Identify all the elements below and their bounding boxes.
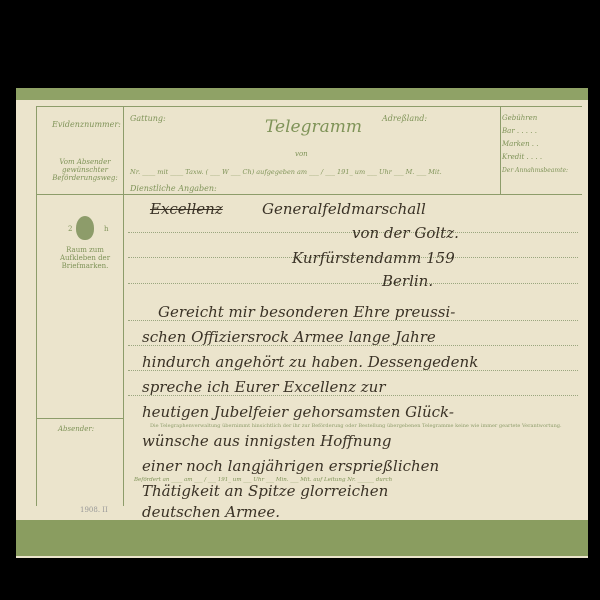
annahmsbeamte: Der Annahmsbeamte: <box>502 164 582 177</box>
hw-line: spreche ich Eurer Excellenz zur <box>142 378 386 396</box>
eagle-icon <box>76 216 94 240</box>
hw-line: wünsche aus innigsten Hoffnung <box>142 432 392 450</box>
stamp-value-right: h <box>104 225 109 233</box>
hw-line: deutschen Armee. <box>142 503 280 521</box>
hw-line: Gereicht mir besonderen Ehre preussi- <box>158 303 455 321</box>
hw-line: heutigen Jubelfeier gehorsamsten Glück- <box>142 403 454 421</box>
form-title: Telegramm <box>265 117 362 137</box>
hw-line: von der Goltz. <box>352 224 459 242</box>
hw-line: schen Offiziersrock Armee lange Jahre <box>142 328 436 346</box>
hw-line: Generalfeldmarschall <box>262 200 426 218</box>
fee-marken: Marken . . <box>502 138 582 151</box>
fee-table: Gebühren Bar . . . . . Marken . . Kredit… <box>502 112 582 177</box>
fee-divider <box>500 106 501 194</box>
bottom-green-band <box>16 520 588 556</box>
stamp-note: Raum zum Aufkleben der Briefmarken. <box>50 246 120 270</box>
hw-line: einer noch langjährigen ersprießlichen <box>142 457 439 475</box>
dienstliche-label: Dienstliche Angaben: <box>130 184 217 193</box>
left-col-divider <box>123 106 124 506</box>
hw-line: Kurfürstendamm 159 <box>292 249 455 267</box>
hw-line: hindurch angehört zu haben. Dessengedenk <box>142 353 478 371</box>
gattung-label: Gattung: <box>130 114 166 123</box>
von-label: von <box>295 150 308 158</box>
frame-left <box>36 106 37 506</box>
header-bottom-line <box>36 194 582 195</box>
hw-line: Thätigkeit an Spitze glorreichen <box>142 482 388 500</box>
stamp-value-left: 2 <box>68 225 72 233</box>
fee-kredit: Kredit . . . . <box>502 151 582 164</box>
hw-line: Berlin. <box>382 272 433 290</box>
fee-bar: Bar . . . . . <box>502 125 582 138</box>
hw-line: Excellenz <box>150 200 223 218</box>
rule <box>128 283 578 284</box>
top-green-band <box>16 88 588 100</box>
form-number: 1908. II <box>80 506 108 514</box>
absender-line <box>36 418 124 419</box>
disclaimer: Die Telegraphenverwaltung übernimmt hins… <box>150 423 580 429</box>
adressland-label: Adreßland: <box>382 114 427 123</box>
submission-row: Nr. ____ mit ____ Taxw. ( ___ W ___ Ch) … <box>130 168 442 176</box>
absender-wunsch: Vom Absender gewünschter Beförderungsweg… <box>50 158 120 182</box>
evidenz-label: Evidenznummer: <box>52 120 121 129</box>
fee-header: Gebühren <box>502 112 582 125</box>
absender-label: Absender: <box>58 425 94 433</box>
